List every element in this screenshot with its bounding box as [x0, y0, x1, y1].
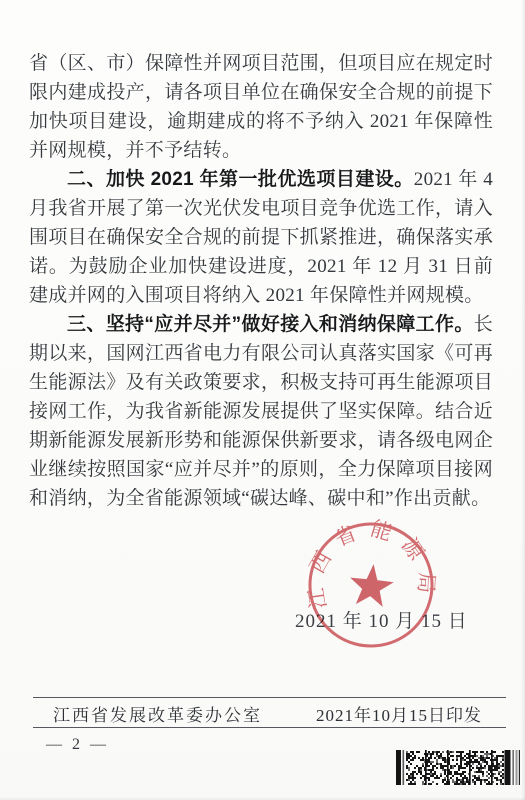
- footer-row: 江西省发展改革委办公室 2021年10月15日印发: [33, 701, 506, 726]
- footer-rule-top: [33, 697, 506, 698]
- document-page: 省（区、市）保障性并网项目范围，但项目应在规定时限内建成投产，请各项目单位在确保…: [0, 0, 525, 800]
- paragraph-section-2: 二、加快 2021 年第一批优选项目建设。2021 年 4 月我省开展了第一次光…: [29, 165, 493, 310]
- document-body: 省（区、市）保障性并网项目范围，但项目应在规定时限内建成投产，请各项目单位在确保…: [29, 49, 493, 513]
- footer-print-date: 2021年10月15日印发: [316, 701, 482, 726]
- barcode: [396, 749, 522, 786]
- section-2-heading: 二、加快 2021 年第一批优选项目建设。: [67, 169, 414, 190]
- seal-star-icon: [347, 562, 395, 608]
- seal-agency-text: 江西省能源局: [297, 509, 443, 618]
- paragraph-text: 长期以来，国网江西省电力有限公司认真落实国家《可再生能源法》及有关政策要求，积极…: [29, 314, 493, 509]
- paragraph-section-3: 三、坚持“应并尽并”做好接入和消纳保障工作。长期以来，国网江西省电力有限公司认真…: [29, 310, 493, 513]
- official-seal: 江西省能源局: [294, 508, 448, 662]
- page-number: — 2 —: [46, 736, 109, 754]
- section-3-heading: 三、坚持“应并尽并”做好接入和消纳保障工作。: [67, 314, 474, 335]
- footer-rule-bottom: [33, 727, 506, 728]
- paragraph-continuation: 省（区、市）保障性并网项目范围，但项目应在规定时限内建成投产，请各项目单位在确保…: [29, 49, 493, 165]
- footer-issuer: 江西省发展改革委办公室: [53, 701, 262, 726]
- paragraph-text: 省（区、市）保障性并网项目范围，但项目应在规定时限内建成投产，请各项目单位在确保…: [29, 53, 493, 161]
- svg-text:江西省能源局: 江西省能源局: [297, 509, 443, 618]
